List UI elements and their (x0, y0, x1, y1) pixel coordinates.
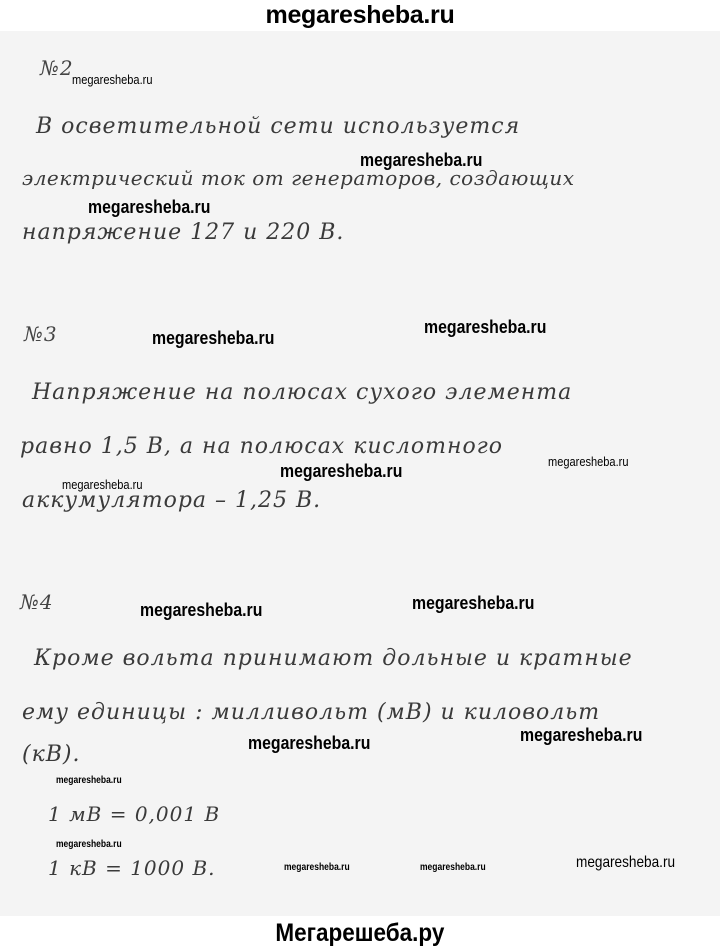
site-header: megaresheba.ru (0, 0, 720, 31)
problem-3-line-1: Напряжение на полюсах сухого элемента (32, 380, 572, 405)
watermark: megaresheba.ru (72, 72, 152, 87)
problem-2-line-3: напряжение 127 и 220 В. (22, 220, 344, 245)
watermark: megaresheba.ru (420, 862, 486, 873)
watermark: megaresheba.ru (520, 725, 642, 746)
watermark: megaresheba.ru (412, 593, 534, 614)
problem-2-number: №2 (40, 56, 74, 80)
problem-2-line-1: В осветительной сети используется (36, 114, 520, 139)
watermark: megaresheba.ru (360, 150, 482, 171)
watermark: megaresheba.ru (88, 197, 210, 218)
watermark: megaresheba.ru (56, 839, 122, 850)
footer-title: Мегарешеба.ру (275, 916, 444, 950)
problem-4-line-1: Кроме вольта принимают дольные и кратные (34, 646, 633, 671)
site-title: megaresheba.ru (266, 1, 455, 29)
problem-4-formula-kv: 1 кВ = 1000 В. (48, 856, 216, 880)
site-footer: Мегарешеба.ру (0, 916, 720, 950)
watermark: megaresheba.ru (62, 477, 142, 492)
watermark: megaresheba.ru (548, 454, 628, 469)
watermark: megaresheba.ru (424, 317, 546, 338)
problem-3-line-2: равно 1,5 В, а на полюсах кислотного (20, 434, 503, 459)
problem-4-line-2: ему единицы : милливольт (мВ) и киловоль… (22, 700, 600, 725)
watermark: megaresheba.ru (140, 600, 262, 621)
watermark: megaresheba.ru (284, 862, 350, 873)
problem-2-line-2: электрический ток от генераторов, создаю… (22, 166, 575, 190)
watermark: megaresheba.ru (280, 461, 402, 482)
problem-4-formula-mv: 1 мВ = 0,001 В (48, 802, 220, 826)
problem-4-line-3: (кВ). (22, 742, 80, 767)
watermark: megaresheba.ru (56, 775, 122, 786)
watermark: megaresheba.ru (248, 733, 370, 754)
problem-4-number: №4 (20, 590, 54, 614)
watermark: megaresheba.ru (576, 854, 675, 872)
watermark: megaresheba.ru (152, 328, 274, 349)
problem-3-number: №3 (24, 322, 58, 346)
